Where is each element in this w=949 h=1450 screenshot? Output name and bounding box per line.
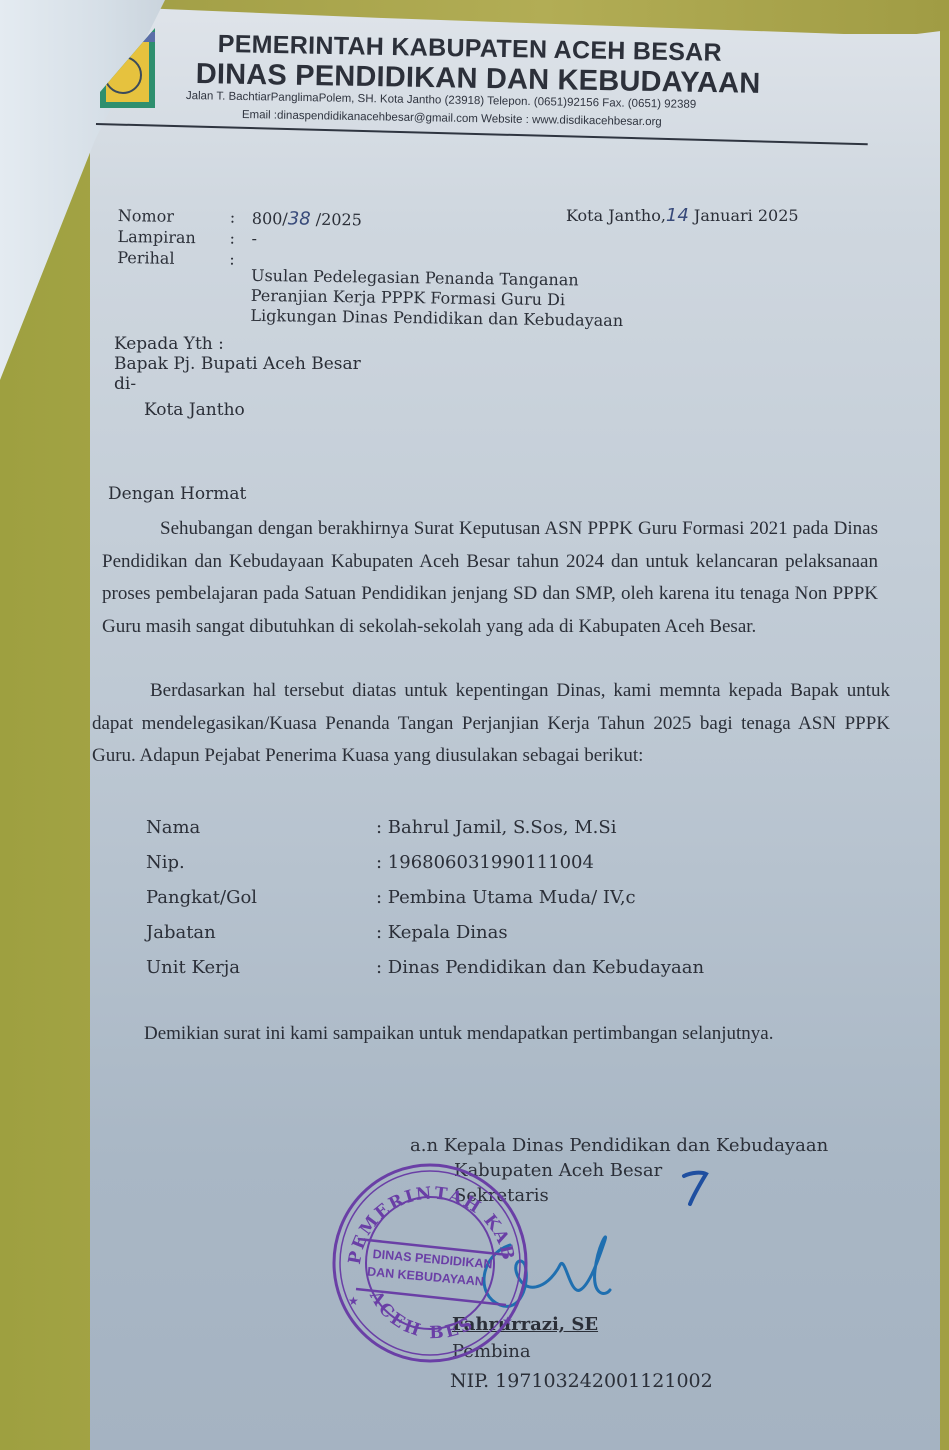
official-stamp-icon: PEMERINTAH KABUPATEN ACEH BESAR DINAS PE… (330, 1155, 530, 1365)
perihal-label: Perihal (117, 248, 229, 271)
nomor-label: Nomor (118, 206, 230, 229)
body-paragraph-1: Sehubangan dengan berakhirnya Surat Kepu… (102, 513, 878, 643)
detail-row: Nip.: 196806031990111004 (146, 845, 704, 880)
recipient-city: Kota Jantho (114, 400, 361, 420)
recipient-name: Bapak Pj. Bupati Aceh Besar (114, 354, 361, 374)
letterhead-divider (96, 123, 868, 145)
handwritten-paraf-icon (680, 1168, 710, 1208)
colon: : (229, 250, 251, 271)
handwritten-day: 14 (666, 205, 689, 226)
handwritten-number: 38 (288, 208, 311, 229)
colon: : (229, 229, 251, 250)
closing-paragraph: Demikian surat ini kami sampaikan untuk … (78, 1018, 912, 1051)
svg-text:★: ★ (502, 1314, 513, 1328)
recipient-at: di- (114, 374, 361, 394)
salutation: Dengan Hormat (108, 484, 246, 504)
nomor-value: 800/38 /2025 (252, 208, 362, 231)
letterhead-contact: Email :dinaspendidikanacehbesar@gmail.co… (242, 109, 662, 128)
signatory-nip: NIP. 197103242001121002 (450, 1370, 713, 1392)
official-letter: PEMERINTAH KABUPATEN ACEH BESAR DINAS PE… (0, 0, 949, 1450)
official-details: Nama: Bahrul Jamil, S.Sos, M.Si Nip.: 19… (146, 810, 704, 985)
letter-meta: Nomor : 800/38 /2025 Lampiran : - Periha… (117, 206, 362, 272)
lampiran-value: - (251, 229, 257, 250)
detail-row: Nama: Bahrul Jamil, S.Sos, M.Si (146, 810, 704, 845)
perihal-value: Usulan Pedelegasian Penanda Tanganan Per… (250, 266, 623, 331)
detail-row: Jabatan: Kepala Dinas (146, 915, 704, 950)
recipient-greeting: Kepada Yth : (114, 334, 361, 354)
detail-row: Pangkat/Gol: Pembina Utama Muda/ IV,c (146, 880, 704, 915)
lampiran-label: Lampiran (117, 227, 229, 250)
svg-text:★: ★ (348, 1294, 359, 1308)
detail-row: Unit Kerja: Dinas Pendidikan dan Kebuday… (146, 950, 704, 985)
letter-date: Kota Jantho,14 Januari 2025 (566, 205, 799, 226)
body-paragraph-2: Berdasarkan hal tersebut diatas untuk ke… (92, 675, 890, 773)
regency-emblem-icon (100, 28, 155, 108)
recipient-block: Kepada Yth : Bapak Pj. Bupati Aceh Besar… (114, 334, 361, 420)
colon: : (230, 208, 252, 229)
